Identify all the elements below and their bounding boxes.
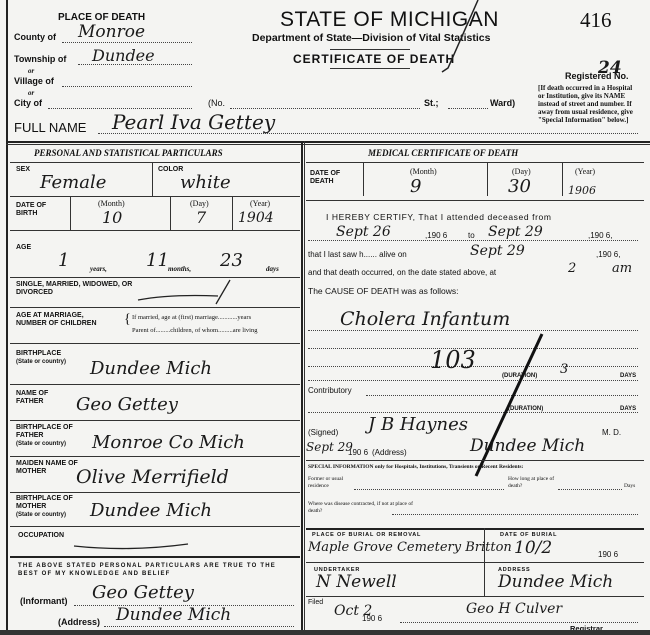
age-days: 23 [220,250,243,271]
father-label: NAME OF FATHER [16,390,76,406]
full-name-value: Pearl Iva Gettey [112,110,275,134]
color-value: white [180,172,231,193]
father-birthplace-label: BIRTHPLACE OF FATHER [16,424,96,440]
burial-place-value: Maple Grove Cemetery Britton [308,540,512,555]
dob-day: 7 [196,208,206,227]
duration-days-label: DAYS [620,406,636,412]
section-top-rule [6,144,650,145]
registrar-value: Geo H Culver [466,601,562,617]
signed-date: Sept 29 [306,440,353,454]
marital-dash-mark [130,278,240,308]
full-name-label: FULL NAME [14,120,86,135]
death-time-label: and that death occurred, on the date sta… [308,268,496,277]
contributory-label: Contributory [308,386,352,395]
rule [10,307,300,308]
bottom-edge [0,630,650,635]
personal-section-title: PERSONAL AND STATISTICAL PARTICULARS [34,148,223,158]
marriage-line-2: Parent of.........children, of whom.....… [132,327,257,334]
certify-text: I HEREBY CERTIFY, That I attended deceas… [326,212,552,222]
rule [306,562,644,563]
occupation-dash-mark [70,538,200,558]
rule [70,196,71,230]
rule [308,240,638,241]
informant-label: (Informant) [20,596,68,606]
state-country-label: (State or country) [16,441,66,447]
rule [306,528,644,530]
year-header: (Year) [250,199,270,208]
dod-year: 1906 [568,184,596,197]
rule [232,196,233,230]
state-country-label: (State or country) [16,359,66,365]
dob-year: 1904 [238,210,274,226]
rule [558,489,622,490]
registered-number-label: Registered No. [565,71,629,81]
father-value: Geo Gettey [76,394,178,415]
year-header: (Year) [575,167,595,176]
rule [363,162,364,196]
undertaker-value: N Newell [316,572,397,592]
state-country-label: (State or country) [16,512,66,518]
rule [306,460,644,461]
signed-value: J B Haynes [368,414,468,435]
marriage-label: AGE AT MARRIAGE, NUMBER OF CHILDREN [16,312,116,328]
cause-value: Cholera Infantum [340,308,510,330]
attended-to-year: ,190 6, [588,231,612,240]
county-line [62,42,192,43]
cause-code-value: 103 [430,346,476,374]
attended-to-value: Sept 29 [488,224,543,240]
attestation-text: THE ABOVE STATED PERSONAL PARTICULARS AR… [18,562,288,578]
rule [152,162,153,196]
rule [10,456,300,457]
medical-section-title: MEDICAL CERTIFICATE OF DEATH [368,148,518,158]
strike-mark [470,330,550,480]
or-text: or [28,67,34,75]
rule [392,514,638,515]
age-years: 1 [58,250,69,271]
last-saw-year: ,190 6, [596,250,620,259]
center-divider [304,141,305,635]
village-line [62,86,192,87]
city-label: City of [14,98,42,108]
mother-birthplace-value: Dundee Mich [90,500,212,521]
village-label: Village of [14,76,54,86]
rule [10,162,300,163]
center-divider [301,141,303,635]
rule [10,492,300,493]
month-header: (Month) [98,199,125,208]
dod-day: 30 [508,176,531,197]
township-value: Dundee [92,46,155,65]
day-header: (Day) [190,199,209,208]
county-value: Monroe [78,22,145,42]
special-info-label: SPECIAL INFORMATION only for Hospitals, … [308,464,523,470]
attended-from-value: Sept 26 [336,224,391,240]
rule [10,420,300,421]
rule [354,489,504,490]
informant-address-label: (Address) [58,617,100,627]
county-label: County of [14,32,56,42]
age-label: AGE [16,244,31,252]
signed-label: (Signed) [308,428,338,437]
informant-value: Geo Gettey [92,582,194,603]
rule [10,230,300,231]
informant-address-line [104,626,294,627]
rule [10,556,300,558]
burial-date-value: 10/2 [514,538,552,558]
ward-line [448,108,488,109]
rule [306,162,644,163]
title-rule [330,49,410,50]
rule [400,622,638,623]
duration-value: 3 [560,362,568,377]
sex-value: Female [40,172,106,193]
months-label: months, [168,265,191,273]
contracted-label: Where was disease contracted, if not at … [308,501,418,515]
day-header: (Day) [512,167,531,176]
page-number: 416 [580,8,612,33]
last-saw-value: Sept 29 [470,243,525,259]
township-label: Township of [14,54,66,64]
rule [10,526,300,527]
days-label: days [266,265,279,273]
undertaker-address-value: Dundee Mich [498,572,613,592]
rule [306,596,644,597]
or-text: or [28,89,34,97]
days-label: Days [624,483,635,489]
filed-year: 190 6 [362,614,382,623]
mother-birthplace-label: BIRTHPLACE OF MOTHER [16,495,96,511]
left-border [6,0,8,635]
occupation-label: OCCUPATION [18,532,64,540]
filed-label: Filed [308,599,323,606]
street-line [230,108,420,109]
ward-label: Ward) [490,98,515,108]
how-long-label: How long at place of death? [508,476,562,490]
death-time-value: 2 [568,261,576,276]
birthplace-value: Dundee Mich [90,358,212,379]
father-birthplace-value: Monroe Co Mich [92,432,245,453]
marriage-line-1: If married, age at (first) marriage.....… [132,314,251,321]
death-certificate: PLACE OF DEATH County of Monroe Township… [0,0,650,635]
street-no-label: (No. [208,98,225,108]
duration-days-label: DAYS [620,373,636,379]
title-rule [330,68,410,69]
physician-address-value: Dundee Mich [470,436,585,456]
attended-from-year: ,190 6 [425,231,447,240]
former-residence-label: Former or usual residence [308,476,352,490]
rule [306,200,644,201]
certificate-title: CERTIFICATE OF DEATH [293,52,455,66]
marital-label: SINGLE, MARRIED, WIDOWED, OR DIVORCED [16,281,146,297]
rule [484,562,485,596]
rule [170,196,171,230]
dod-month: 9 [410,176,421,197]
cause-label: The CAUSE OF DEATH was as follows: [308,286,459,296]
years-label: years, [90,265,107,273]
pen-stroke-mark [440,0,480,75]
birthplace-label: BIRTHPLACE [16,350,61,358]
brace: { [124,312,131,328]
mother-value: Olive Merrifield [76,466,229,488]
hospital-note: [If death occurred in a Hospital or Inst… [538,84,638,124]
signed-year: 190 6 [348,448,368,457]
sex-label: SEX [16,166,30,174]
last-saw-label: that I last saw h...... alive on [308,250,407,259]
to-label: to [468,231,475,240]
informant-address-value: Dundee Mich [116,605,231,625]
burial-place-label: PLACE OF BURIAL OR REMOVAL [312,532,421,538]
burial-date-year: 190 6 [598,550,618,559]
rule [562,162,563,196]
rule [10,196,300,197]
rule [10,343,300,344]
dod-label: DATE OF DEATH [310,170,360,186]
md-label: M. D. [602,428,621,437]
physician-address-label: (Address) [372,448,407,457]
city-line [48,108,192,109]
rule [487,162,488,196]
death-time-ampm: am [612,261,632,276]
dob-month: 10 [102,208,122,227]
month-header: (Month) [410,167,437,176]
section-top-rule [6,141,650,143]
dob-label: DATE OF BIRTH [16,202,66,218]
rule [10,384,300,385]
age-months: 11 [146,250,169,271]
street-label: St.; [424,98,439,108]
